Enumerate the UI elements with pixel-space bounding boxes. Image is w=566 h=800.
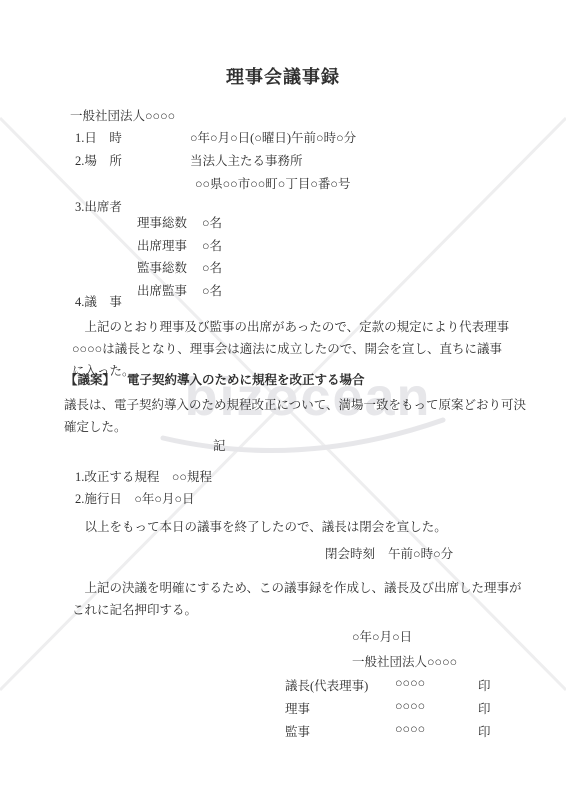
meta-agenda-label: 4.議 事 <box>75 292 122 310</box>
meta-place-label: 2.場 所 <box>75 151 190 169</box>
document-page: bizocean 理事会議事録 一般社団法人○○○○ 1.日 時○年○月○日(○… <box>0 0 566 800</box>
meta-datetime: 1.日 時○年○月○日(○曜日)午前○時○分 <box>75 128 356 146</box>
meta-datetime-label: 1.日 時 <box>75 128 190 146</box>
attendees-row-value: ○名 <box>202 216 222 230</box>
signature-name: ○○○○ <box>395 676 425 691</box>
signature-role: 議長(代表理事) <box>285 676 368 694</box>
attendees-row: 監事総数○名 <box>137 257 222 280</box>
attendees-table: 理事総数○名 出席理事○名 監事総数○名 出席監事○名 <box>137 212 222 302</box>
document-content: 理事会議事録 一般社団法人○○○○ 1.日 時○年○月○日(○曜日)午前○時○分… <box>0 0 566 800</box>
meta-place: 2.場 所当法人主たる事務所 <box>75 151 303 169</box>
closing-time-label: 閉会時刻 <box>325 547 375 561</box>
meta-attendees-label: 3.出席者 <box>75 197 122 215</box>
signature-organization: 一般社団法人○○○○ <box>352 652 457 670</box>
paragraph-line: 上記の決議を明確にするため、この議事録を作成し、議長及び出席した理事が <box>72 577 522 599</box>
paragraph-line: 確定した。 <box>64 416 526 438</box>
closing-statement: 上記の決議を明確にするため、この議事録を作成し、議長及び出席した理事が これに記… <box>72 577 522 621</box>
paragraph-line: 上記のとおり理事及び監事の出席があったので、定款の規定により代表理事 <box>72 316 509 338</box>
attendees-row: 理事総数○名 <box>137 212 222 235</box>
proposal-tag: 【議案】 <box>65 373 115 387</box>
meta-place-value: 当法人主たる事務所 <box>190 154 303 168</box>
proposal-title: 電子契約導入のために規程を改正する場合 <box>127 373 365 387</box>
paragraph-line: 議長は、電子契約導入のため規程改正について、満場一致をもって原案どおり可決 <box>64 394 526 416</box>
attendees-row-label: 監事総数 <box>137 257 202 280</box>
attendees-row-value: ○名 <box>202 239 222 253</box>
proposal-body: 議長は、電子契約導入のため規程改正について、満場一致をもって原案どおり可決 確定… <box>64 394 526 438</box>
signature-role: 理事 <box>285 699 310 717</box>
paragraph-line: ○○○○は議長となり、理事会は適法に成立したので、開会を宣し、直ちに議事 <box>72 338 509 360</box>
attendees-row: 出席監事○名 <box>137 280 222 303</box>
proposal-heading: 【議案】電子契約導入のために規程を改正する場合 <box>65 370 365 388</box>
attendees-row-value: ○名 <box>202 284 222 298</box>
attendees-row: 出席理事○名 <box>137 235 222 258</box>
attendees-row-label: 理事総数 <box>137 212 202 235</box>
attendees-row-value: ○名 <box>202 261 222 275</box>
notice-item: 2.施行日 ○年○月○日 <box>75 489 195 507</box>
signature-seal-mark: 印 <box>478 722 491 740</box>
signature-name: ○○○○ <box>395 722 425 737</box>
notice-heading: 記 <box>213 436 226 454</box>
meta-datetime-value: ○年○月○日(○曜日)午前○時○分 <box>190 131 356 145</box>
organization-line: 一般社団法人○○○○ <box>70 106 175 124</box>
notice-item: 1.改正する規程 ○○規程 <box>75 467 212 485</box>
signature-date: ○年○月○日 <box>352 627 412 645</box>
document-title: 理事会議事録 <box>0 63 566 89</box>
closing-time-line: 閉会時刻午前○時○分 <box>325 544 453 562</box>
signature-role: 監事 <box>285 722 310 740</box>
signature-seal-mark: 印 <box>478 699 491 717</box>
closing-time-value: 午前○時○分 <box>388 547 453 561</box>
attendees-row-label: 出席監事 <box>137 280 202 303</box>
signature-name: ○○○○ <box>395 699 425 714</box>
closing-paragraph: 以上をもって本日の議事を終了したので、議長は閉会を宣した。 <box>72 517 447 535</box>
signature-seal-mark: 印 <box>478 676 491 694</box>
paragraph-line: これに記名押印する。 <box>72 599 522 621</box>
meta-place-address: ○○県○○市○○町○丁目○番○号 <box>195 174 350 192</box>
attendees-row-label: 出席理事 <box>137 235 202 258</box>
